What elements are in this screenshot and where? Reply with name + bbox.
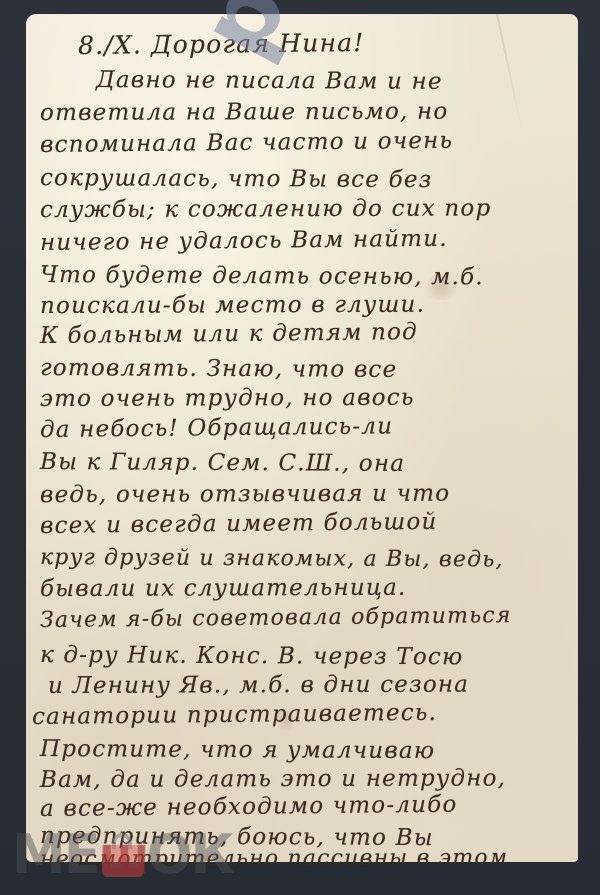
handwritten-line: ничего не удалось Вам найти.: [40, 225, 448, 257]
handwritten-line: к д-ру Ник. Конс. В. через Тосю: [40, 641, 464, 671]
handwritten-line: 8./X. Дорогая Нина!: [78, 29, 365, 60]
scan-background: 8./X. Дорогая Нина!Давно не писала Вам и…: [0, 0, 600, 895]
handwritten-line: Вам, да и делать это и нетрудно,: [40, 764, 506, 794]
handwritten-line: службы; к сожалению до сих пор: [40, 194, 491, 224]
handwritten-line: да небось! Обращались-ли: [40, 412, 393, 444]
handwritten-line: Зачем я-бы советовала обратиться: [40, 602, 512, 635]
handwritten-line: готовлять. Знаю, что все: [40, 354, 398, 384]
handwritten-line: санатории пристраиваетесь.: [32, 699, 437, 731]
handwritten-line: Простите, что я умалчиваю: [40, 735, 435, 765]
handwritten-line: Давно не писала Вам и не: [96, 66, 443, 96]
handwritten-line: ответила на Ваше письмо, но: [40, 98, 449, 127]
handwritten-line: это очень трудно, но авось: [40, 384, 415, 413]
handwritten-line: ведь, очень отзывчивая и что: [40, 480, 450, 509]
handwritten-line: К больным или к детям под: [40, 318, 418, 350]
handwritten-line: Что будете делать осенью, м.б.: [40, 261, 484, 291]
handwritten-line: сокрушалась, что Вы все без: [40, 164, 433, 194]
handwritten-text-block: 8./X. Дорогая Нина!Давно не писала Вам и…: [26, 14, 578, 862]
handwritten-line: круг друзей и знакомых, а Вы, ведь,: [40, 544, 504, 574]
handwritten-line: Вы к Гиляр. Сем. С.Ш., она: [40, 448, 405, 478]
handwritten-line: вспоминала Вас часто и очень: [40, 127, 453, 159]
handwritten-line: неосмотрительно пассивны в этом: [40, 844, 508, 874]
handwritten-line: и Ленину Яв., м.б. в дни сезона: [48, 671, 469, 700]
postcard-paper: 8./X. Дорогая Нина!Давно не писала Вам и…: [26, 14, 578, 862]
handwritten-line: а все-же необходимо что-либо: [40, 791, 458, 823]
handwritten-line: бывали их слушательница.: [40, 574, 407, 603]
handwritten-line: поискали-бы место в глуши.: [40, 291, 425, 320]
handwritten-line: всех и всегда имеет большой: [40, 508, 438, 540]
